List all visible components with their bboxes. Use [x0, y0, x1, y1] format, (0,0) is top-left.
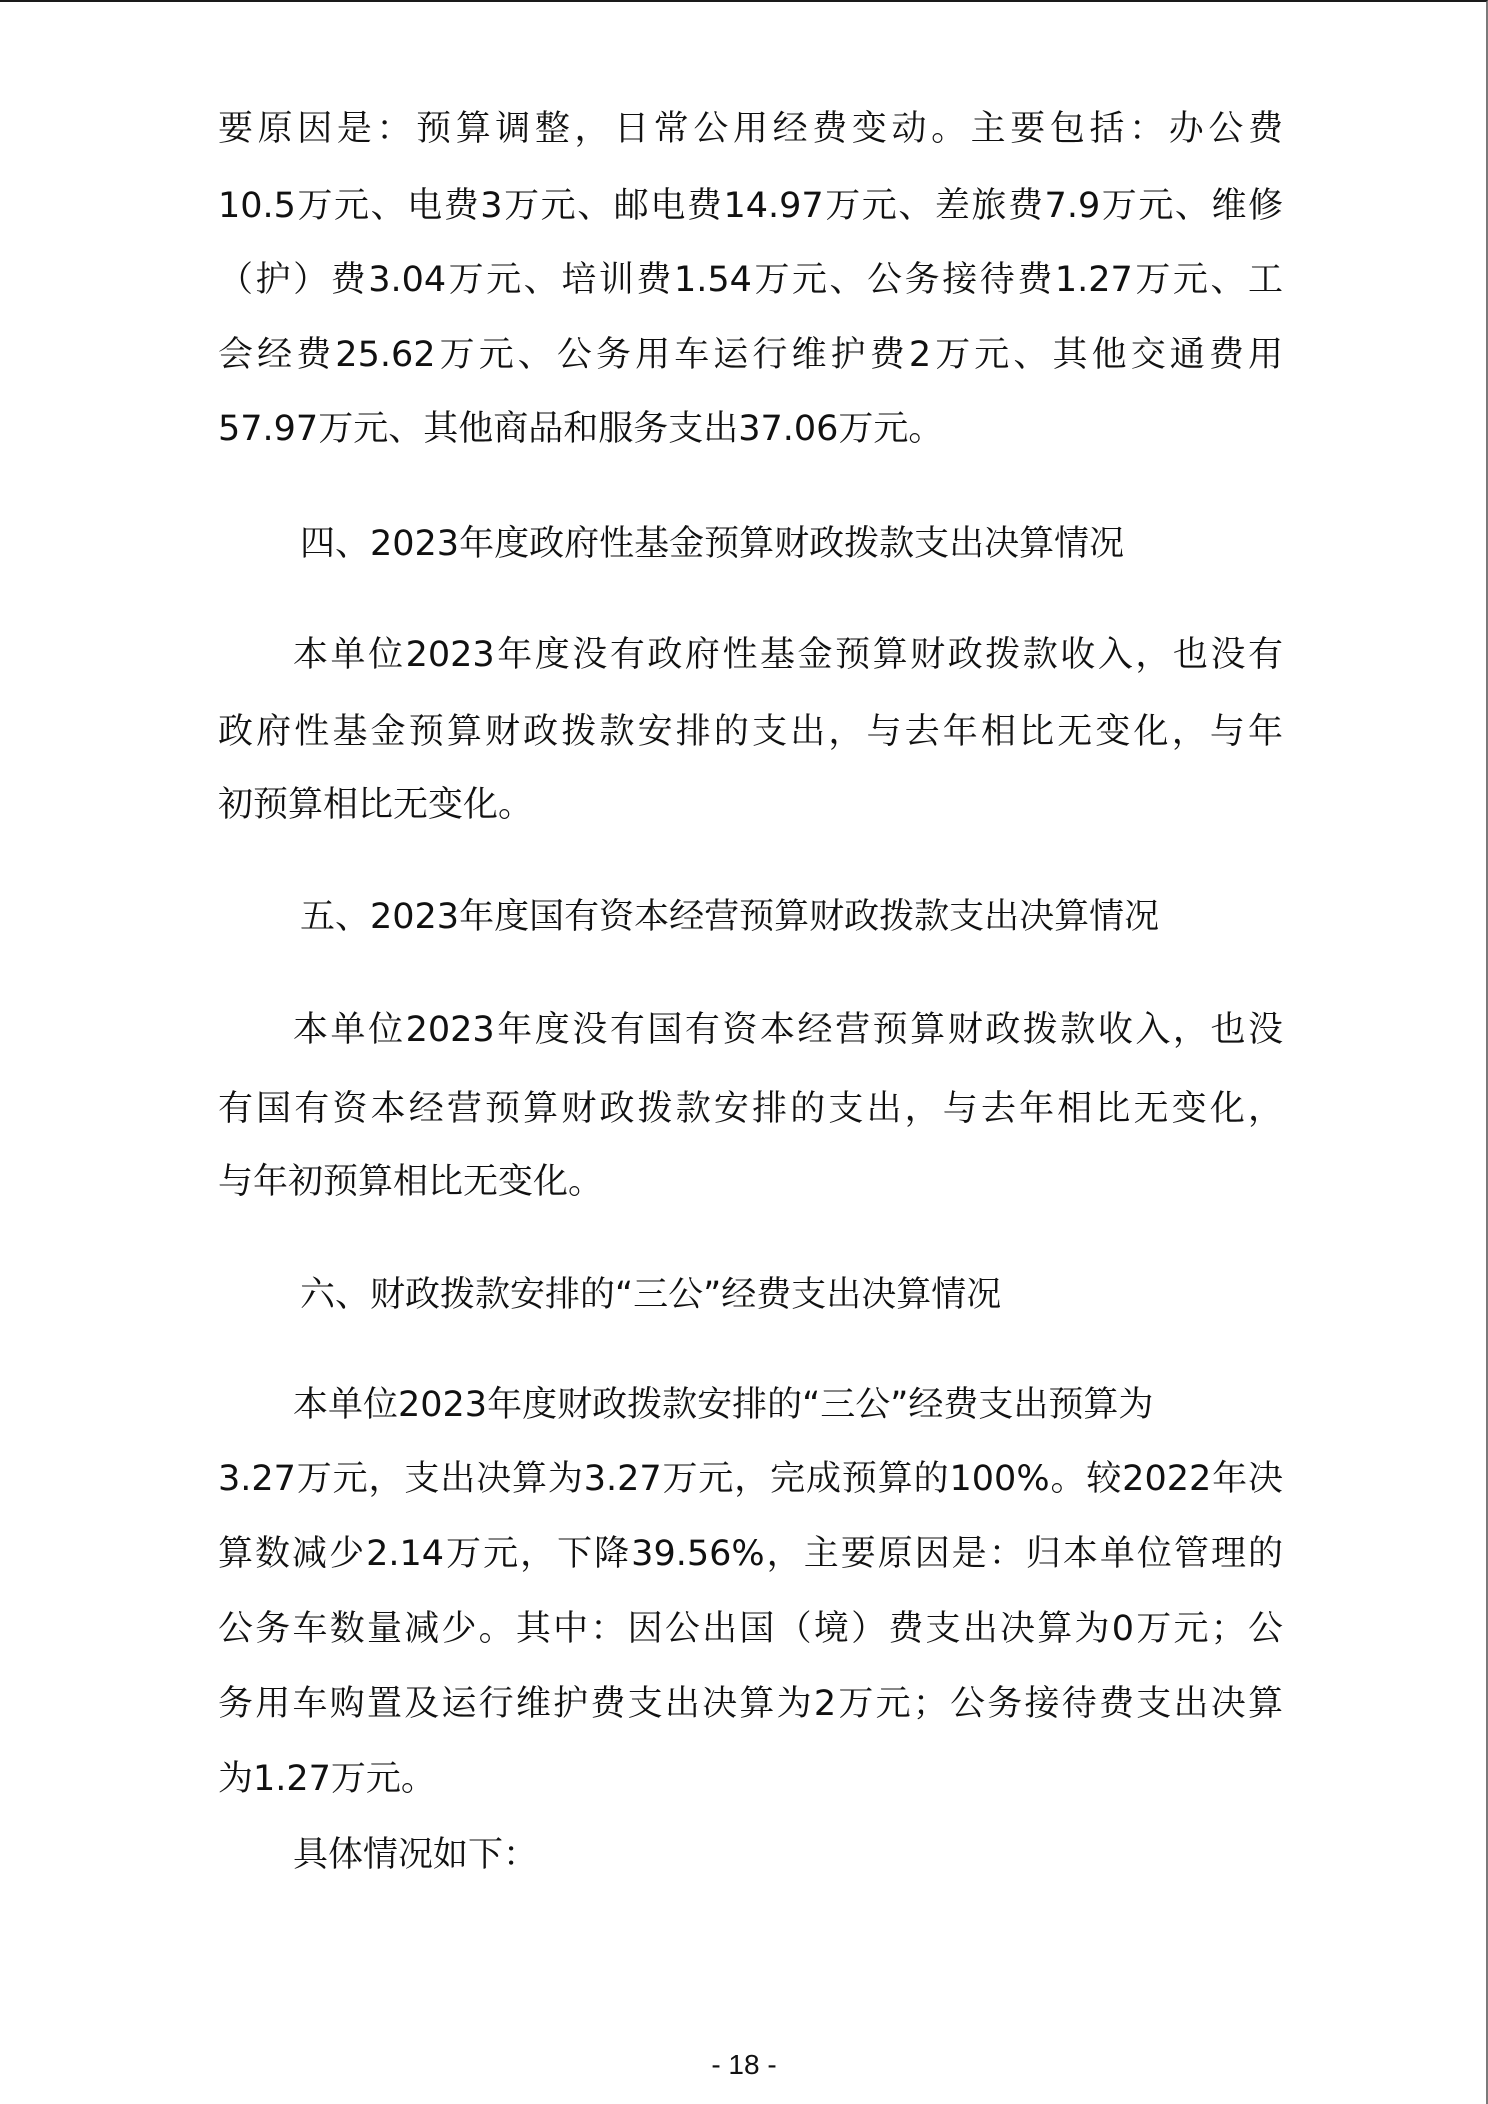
paragraph-line: 本单位2023年度财政拨款安排的“三公”经费支出预算为 — [293, 1383, 1283, 1427]
section-6-closing-line: 具体情况如下： — [293, 1833, 1283, 1877]
paragraph-line: 算数减少2.14万元，下降39.56%，主要原因是：归本单位管理的 — [218, 1532, 1283, 1576]
paragraph-line: 政府性基金预算财政拨款安排的支出，与去年相比无变化，与年 — [218, 710, 1283, 754]
paragraph-line: 与年初预算相比无变化。 — [218, 1160, 1283, 1204]
paragraph-line: 57.97万元、其他商品和服务支出37.06万元。 — [218, 407, 1283, 451]
document-page: 要原因是：预算调整，日常公用经费变动。主要包括：办公费 10.5万元、电费3万元… — [0, 0, 1488, 2104]
paragraph-line: （护）费3.04万元、培训费1.54万元、公务接待费1.27万元、工 — [218, 258, 1283, 302]
paragraph-line: 会经费25.62万元、公务用车运行维护费2万元、其他交通费用 — [218, 333, 1283, 377]
paragraph-line: 本单位2023年度没有政府性基金预算财政拨款收入，也没有 — [293, 633, 1283, 677]
paragraph-line: 本单位2023年度没有国有资本经营预算财政拨款收入，也没 — [293, 1008, 1283, 1052]
section-6-heading: 六、财政拨款安排的“三公”经费支出决算情况 — [300, 1273, 1001, 1317]
paragraph-line: 务用车购置及运行维护费支出决算为2万元；公务接待费支出决算 — [218, 1682, 1283, 1726]
paragraph-line: 为1.27万元。 — [218, 1757, 1283, 1801]
paragraph-line: 公务车数量减少。其中：因公出国（境）费支出决算为0万元；公 — [218, 1607, 1283, 1651]
paragraph-line: 3.27万元，支出决算为3.27万元，完成预算的100%。较2022年决 — [218, 1457, 1283, 1501]
section-5-heading: 五、2023年度国有资本经营预算财政拨款支出决算情况 — [300, 895, 1159, 939]
page-number: - 18 - — [0, 2048, 1488, 2082]
section-4-heading: 四、2023年度政府性基金预算财政拨款支出决算情况 — [300, 522, 1124, 566]
paragraph-line: 初预算相比无变化。 — [218, 783, 1283, 827]
paragraph-line: 10.5万元、电费3万元、邮电费14.97万元、差旅费7.9万元、维修 — [218, 184, 1283, 228]
paragraph-line: 要原因是：预算调整，日常公用经费变动。主要包括：办公费 — [218, 107, 1283, 151]
paragraph-line: 有国有资本经营预算财政拨款安排的支出，与去年相比无变化， — [218, 1087, 1283, 1131]
